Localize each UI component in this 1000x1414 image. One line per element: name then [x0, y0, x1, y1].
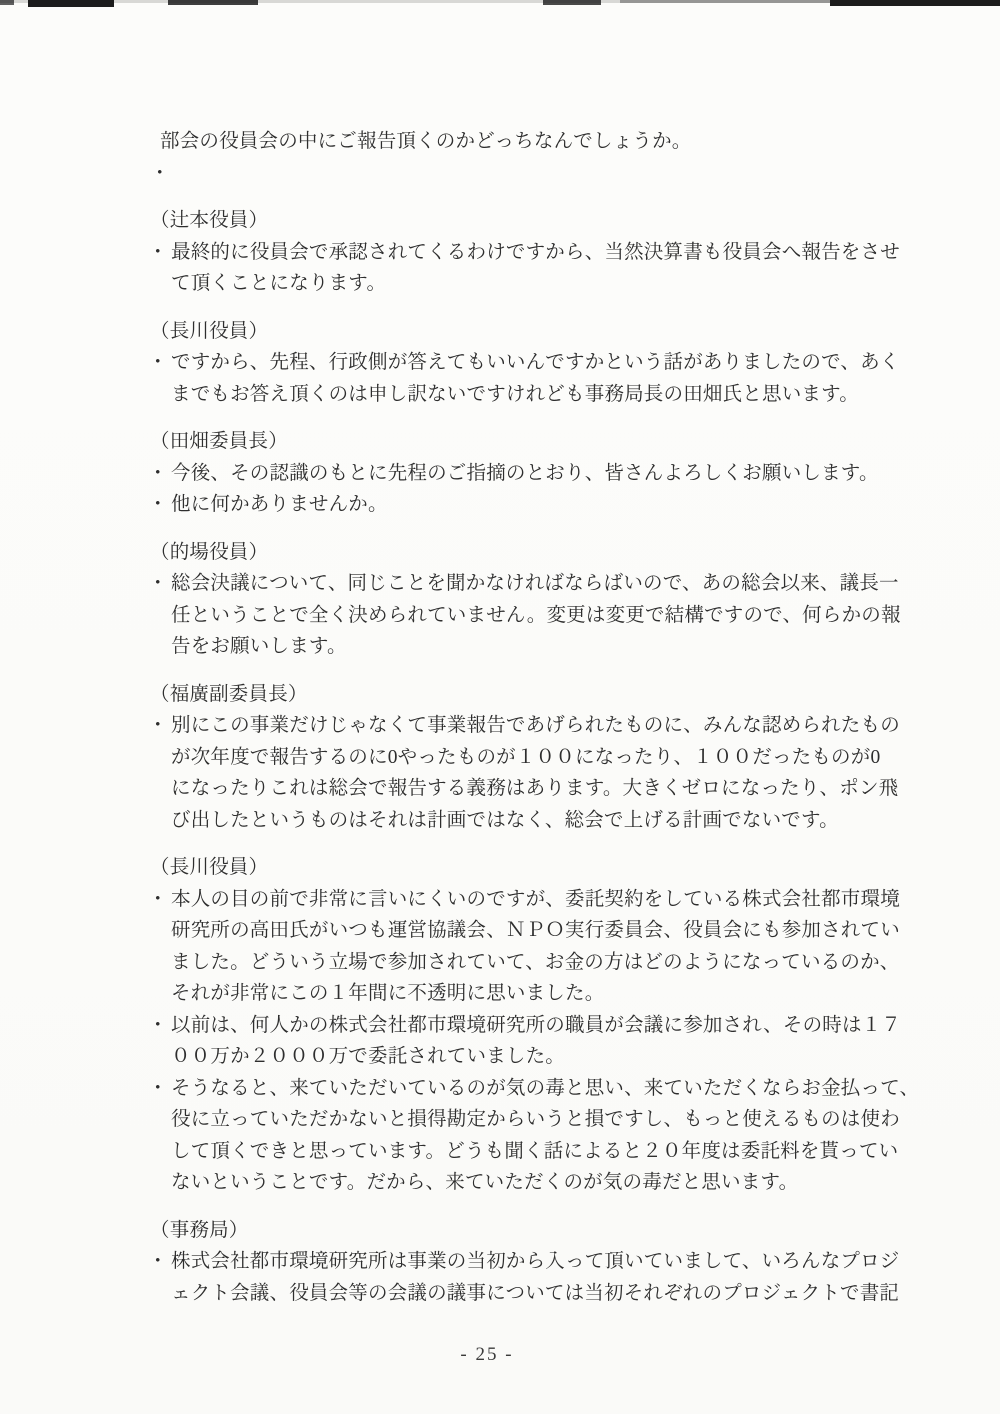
speaker-heading: （福廣副委員長）	[150, 679, 955, 711]
bullet-marker: ・	[150, 158, 955, 190]
scan-artifact	[0, 0, 14, 5]
scan-artifact	[620, 0, 830, 3]
bullet-marker: ・	[148, 458, 168, 490]
bullet-marker: ・	[148, 1073, 168, 1105]
statement: ・以前は、何人かの株式会社都市環境研究所の職員が会議に参加され、その時は１７ ０…	[150, 1010, 955, 1073]
bullet-marker: ・	[148, 1010, 168, 1042]
speaker-heading: （辻本役員）	[150, 205, 955, 237]
speaker-heading: （的場役員）	[150, 537, 955, 569]
speaker-section-matoba: （的場役員） ・総会決議について、同じことを聞かなければならばいので、あの総会以…	[150, 537, 955, 663]
statement: ・今後、その認識のもとに先程のご指摘のとおり、皆さんよろしくお願いします。	[150, 458, 955, 490]
statement-text: 今後、その認識のもとに先程のご指摘のとおり、皆さんよろしくお願いします。	[171, 463, 879, 484]
bullet-marker: ・	[148, 568, 168, 600]
statement-text: ですから、先程、行政側が答えてもいいんですかという話がありましたので、あく まで…	[171, 352, 900, 405]
statement-text: 総会決議について、同じことを聞かなければならばいので、あの総会以来、議長一 任と…	[171, 573, 901, 657]
speaker-heading: （長川役員）	[150, 316, 955, 348]
statement: ・株式会社都市環境研究所は事業の当初から入って頂いていまして、いろんなプロジ ェ…	[150, 1246, 955, 1309]
statement-text: そうなると、来ていただいているのが気の毒と思い、来ていただくならお金払って、 役…	[171, 1078, 919, 1194]
speaker-heading: （長川役員）	[150, 852, 955, 884]
statement-text: 本人の目の前で非常に言いにくいのですが、委託契約をしている株式会社都市環境 研究…	[171, 889, 900, 1005]
scan-artifact	[830, 0, 1000, 6]
page-number: - 25 -	[0, 1344, 974, 1366]
scan-artifact	[168, 0, 258, 5]
bullet-marker: ・	[148, 884, 168, 916]
document-page: 部会の役員会の中にご報告頂くのかどっちなんでしょうか。 ・ （辻本役員） ・最終…	[0, 0, 1000, 1414]
statement-text: 別にこの事業だけじゃなくて事業報告であげられたものに、みんな認められたもの が次…	[171, 715, 900, 831]
speaker-section-tabata: （田畑委員長） ・今後、その認識のもとに先程のご指摘のとおり、皆さんよろしくお願…	[150, 426, 955, 521]
document-body: 部会の役員会の中にご報告頂くのかどっちなんでしょうか。 ・ （辻本役員） ・最終…	[150, 126, 955, 1309]
statement-text: 最終的に役員会で承認されてくるわけですから、当然決算書も役員会へ報告をさせ て頂…	[171, 242, 900, 295]
statement: ・そうなると、来ていただいているのが気の毒と思い、来ていただくならお金払って、 …	[150, 1073, 955, 1199]
bullet-marker: ・	[148, 237, 168, 269]
statement: ・最終的に役員会で承認されてくるわけですから、当然決算書も役員会へ報告をさせ て…	[150, 237, 955, 300]
bullet-marker: ・	[148, 710, 168, 742]
speaker-section-tsujimoto: （辻本役員） ・最終的に役員会で承認されてくるわけですから、当然決算書も役員会へ…	[150, 205, 955, 300]
statement: ・ですから、先程、行政側が答えてもいいんですかという話がありましたので、あく ま…	[150, 347, 955, 410]
scan-artifact	[28, 0, 114, 7]
speaker-section-nagakawa-1: （長川役員） ・ですから、先程、行政側が答えてもいいんですかという話がありました…	[150, 316, 955, 411]
bullet-marker: ・	[148, 347, 168, 379]
statement: ・他に何かありませんか。	[150, 489, 955, 521]
speaker-section-nagakawa-2: （長川役員） ・本人の目の前で非常に言いにくいのですが、委託契約をしている株式会…	[150, 852, 955, 1199]
statement: ・総会決議について、同じことを聞かなければならばいので、あの総会以来、議長一 任…	[150, 568, 955, 663]
statement: ・別にこの事業だけじゃなくて事業報告であげられたものに、みんな認められたもの が…	[150, 710, 955, 836]
speaker-section-jimukyoku: （事務局） ・株式会社都市環境研究所は事業の当初から入って頂いていまして、いろん…	[150, 1215, 955, 1310]
bullet-marker: ・	[148, 1246, 168, 1278]
bullet-marker: ・	[148, 489, 168, 521]
statement: ・本人の目の前で非常に言いにくいのですが、委託契約をしている株式会社都市環境 研…	[150, 884, 955, 1010]
statement-text: 株式会社都市環境研究所は事業の当初から入って頂いていまして、いろんなプロジ ェク…	[171, 1251, 900, 1304]
continuation-paragraph: 部会の役員会の中にご報告頂くのかどっちなんでしょうか。	[150, 126, 955, 158]
statement-text: 以前は、何人かの株式会社都市環境研究所の職員が会議に参加され、その時は１７ ００…	[171, 1015, 901, 1068]
speaker-heading: （事務局）	[150, 1215, 955, 1247]
speaker-section-fukuhiro: （福廣副委員長） ・別にこの事業だけじゃなくて事業報告であげられたものに、みんな…	[150, 679, 955, 837]
speaker-heading: （田畑委員長）	[150, 426, 955, 458]
statement-text: 他に何かありませんか。	[171, 494, 388, 515]
scan-artifact	[543, 0, 601, 5]
